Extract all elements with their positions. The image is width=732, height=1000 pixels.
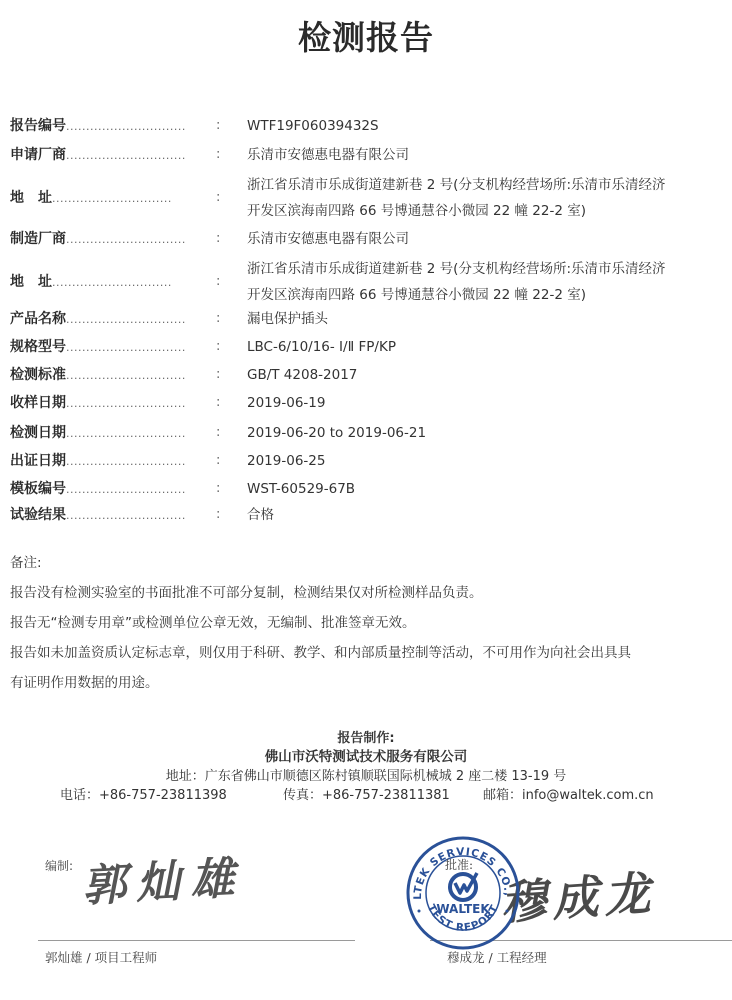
- field-value: GB/T 4208-2017: [247, 362, 717, 388]
- field-value-line: LBC-6/10/16- Ⅰ/Ⅱ FP/KP: [247, 334, 717, 360]
- field-colon: :: [216, 269, 220, 295]
- field-label-text: 模板编号: [10, 481, 66, 497]
- field-colon: :: [216, 476, 220, 502]
- field-value-line: 开发区滨海南四路 66 号博通慧谷小微园 22 幢 22-2 室): [247, 282, 717, 308]
- field-value: 漏电保护插头: [247, 306, 717, 332]
- field-value-line: 2019-06-19: [247, 390, 717, 416]
- maker-phone: 电话：+86-757-23811398: [60, 784, 227, 803]
- compiler-signature: 郭灿雄: [80, 842, 245, 914]
- field-label: 报告编号..............................: [10, 113, 210, 140]
- field-row: 制造厂商..............................:乐清市安德…: [10, 226, 710, 252]
- leader-dots: ..............................: [66, 427, 186, 440]
- field-label-text: 地 址: [10, 274, 52, 290]
- field-row: 地 址..............................:浙江省乐清市…: [10, 172, 710, 198]
- leader-dots: ..............................: [66, 455, 186, 468]
- leader-dots: ..............................: [66, 509, 186, 522]
- field-value-line: 开发区滨海南四路 66 号博通慧谷小微园 22 幢 22-2 室): [247, 198, 717, 224]
- leader-dots: ..............................: [66, 120, 186, 133]
- field-value-line: 浙江省乐清市乐成街道建新巷 2 号(分支机构经营场所:乐清市乐清经济: [247, 172, 717, 198]
- field-value-line: 浙江省乐清市乐成街道建新巷 2 号(分支机构经营场所:乐清市乐清经济: [247, 256, 717, 282]
- waltek-test-report-stamp-icon: WALTEK SERVICES CO.,LTD TEST REPORT WALT…: [405, 835, 521, 951]
- field-value-line: WST-60529-67B: [247, 476, 717, 502]
- field-colon: :: [216, 142, 220, 168]
- field-row: 规格型号..............................:LBC-6…: [10, 334, 710, 360]
- field-row: 申请厂商..............................:乐清市安德…: [10, 142, 710, 168]
- field-value: 2019-06-20 to 2019-06-21: [247, 420, 717, 446]
- compiler-label: 编制:: [45, 857, 73, 874]
- note-line: 报告没有检测实验室的书面批准不可部分复制，检测结果仅对所检测样品负责。: [10, 578, 722, 608]
- leader-dots: ..............................: [52, 276, 172, 289]
- field-colon: :: [216, 226, 220, 252]
- field-label-text: 收样日期: [10, 395, 66, 411]
- leader-dots: ..............................: [66, 341, 186, 354]
- field-label-text: 试验结果: [10, 507, 66, 523]
- field-value: 浙江省乐清市乐成街道建新巷 2 号(分支机构经营场所:乐清市乐清经济开发区滨海南…: [247, 256, 717, 308]
- field-label: 地 址..............................: [10, 185, 210, 212]
- field-label: 出证日期..............................: [10, 448, 210, 475]
- field-colon: :: [216, 362, 220, 388]
- maker-fax: 传真：+86-757-23811381: [283, 784, 450, 803]
- field-label: 地 址..............................: [10, 269, 210, 296]
- field-value-line: GB/T 4208-2017: [247, 362, 717, 388]
- field-value-line: 乐清市安德惠电器有限公司: [247, 142, 717, 168]
- field-row: 模板编号..............................:WST-6…: [10, 476, 710, 502]
- field-colon: :: [216, 113, 220, 139]
- leader-dots: ..............................: [66, 149, 186, 162]
- note-line: 报告无“检测专用章”或检测单位公章无效，无编制、批准签章无效。: [10, 608, 722, 638]
- field-row: 检测日期..............................:2019-…: [10, 420, 710, 446]
- leader-dots: ..............................: [66, 397, 186, 410]
- field-label-text: 制造厂商: [10, 231, 66, 247]
- leader-dots: ..............................: [66, 313, 186, 326]
- field-colon: :: [216, 448, 220, 474]
- approver-label: 批准:: [445, 856, 473, 873]
- field-label-text: 检测标准: [10, 367, 66, 383]
- field-value: WTF19F06039432S: [247, 113, 717, 139]
- field-colon: :: [216, 390, 220, 416]
- document-title: 检测报告: [0, 12, 732, 59]
- notes-heading: 备注:: [10, 548, 722, 578]
- field-label-text: 检测日期: [10, 425, 66, 441]
- field-label-text: 产品名称: [10, 311, 66, 327]
- maker-address: 地址：广东省佛山市顺德区陈村镇顺联国际机械城 2 座二楼 13-19 号: [0, 765, 732, 784]
- compiler-signature-line: [38, 940, 355, 941]
- field-row: 地 址..............................:浙江省乐清市…: [10, 256, 710, 282]
- maker-company: 佛山市沃特测试技术服务有限公司: [0, 745, 732, 765]
- approver-signature: 穆成龙: [498, 857, 658, 934]
- field-value-line: WTF19F06039432S: [247, 113, 717, 139]
- compiler-name-title: 郭灿雄 / 项目工程师: [45, 948, 157, 966]
- field-label: 检测标准..............................: [10, 362, 210, 389]
- field-colon: :: [216, 420, 220, 446]
- field-label-text: 地 址: [10, 190, 52, 206]
- field-value: 2019-06-19: [247, 390, 717, 416]
- field-label: 模板编号..............................: [10, 476, 210, 503]
- leader-dots: ..............................: [66, 483, 186, 496]
- field-value-line: 2019-06-25: [247, 448, 717, 474]
- field-value-line: 乐清市安德惠电器有限公司: [247, 226, 717, 252]
- maker-heading: 报告制作:: [0, 727, 732, 746]
- field-colon: :: [216, 502, 220, 528]
- field-row: 产品名称..............................:漏电保护插…: [10, 306, 710, 332]
- field-row: 报告编号..............................:WTF19…: [10, 113, 710, 139]
- leader-dots: ..............................: [52, 192, 172, 205]
- maker-email: 邮箱：info@waltek.com.cn: [483, 784, 654, 803]
- field-label: 试验结果..............................: [10, 502, 210, 529]
- field-label-text: 出证日期: [10, 453, 66, 469]
- field-row: 检测标准..............................:GB/T …: [10, 362, 710, 388]
- field-label: 产品名称..............................: [10, 306, 210, 333]
- field-label: 申请厂商..............................: [10, 142, 210, 169]
- svg-text:WALTEK: WALTEK: [436, 902, 490, 916]
- field-label-text: 申请厂商: [10, 147, 66, 163]
- field-value: 合格: [247, 502, 717, 528]
- note-line: 报告如未加盖资质认定标志章，则仅用于科研、教学、和内部质量控制等活动，不可用作为…: [10, 638, 722, 668]
- field-value-line: 合格: [247, 502, 717, 528]
- field-value: 乐清市安德惠电器有限公司: [247, 142, 717, 168]
- field-value: 浙江省乐清市乐成街道建新巷 2 号(分支机构经营场所:乐清市乐清经济开发区滨海南…: [247, 172, 717, 224]
- note-line: 有证明作用数据的用途。: [10, 668, 722, 698]
- field-value-line: 漏电保护插头: [247, 306, 717, 332]
- field-label-text: 规格型号: [10, 339, 66, 355]
- field-value-line: 2019-06-20 to 2019-06-21: [247, 420, 717, 446]
- field-label: 检测日期..............................: [10, 420, 210, 447]
- field-value: 乐清市安德惠电器有限公司: [247, 226, 717, 252]
- field-row: 试验结果..............................:合格: [10, 502, 710, 528]
- notes-section: 备注: 报告没有检测实验室的书面批准不可部分复制，检测结果仅对所检测样品负责。 …: [10, 548, 722, 698]
- field-value: WST-60529-67B: [247, 476, 717, 502]
- field-label: 收样日期..............................: [10, 390, 210, 417]
- field-row: 出证日期..............................:2019-…: [10, 448, 710, 474]
- field-colon: :: [216, 306, 220, 332]
- field-value: 2019-06-25: [247, 448, 717, 474]
- field-row: 收样日期..............................:2019-…: [10, 390, 710, 416]
- leader-dots: ..............................: [66, 369, 186, 382]
- field-label-text: 报告编号: [10, 118, 66, 134]
- field-label: 制造厂商..............................: [10, 226, 210, 253]
- leader-dots: ..............................: [66, 233, 186, 246]
- field-value: LBC-6/10/16- Ⅰ/Ⅱ FP/KP: [247, 334, 717, 360]
- field-label: 规格型号..............................: [10, 334, 210, 361]
- field-colon: :: [216, 334, 220, 360]
- field-colon: :: [216, 185, 220, 211]
